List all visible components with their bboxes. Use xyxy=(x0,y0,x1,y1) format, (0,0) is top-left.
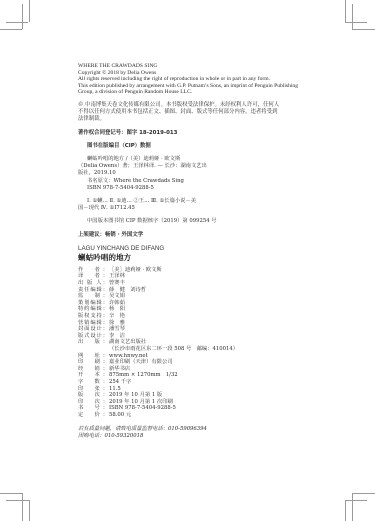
crop-mark-br-h2 xyxy=(345,500,367,501)
original-title: WHERE THE CRAWDADS SING xyxy=(78,63,333,70)
credit-row: （长沙市雨花区东二环一段 508 号 邮编：410014） xyxy=(78,346,238,353)
credit-row: 版权支持：辛 艳 xyxy=(78,313,238,320)
credit-row: 译 者：王泽林 xyxy=(78,273,238,280)
crop-mark-bl-h2 xyxy=(6,500,29,501)
cip-heading: 图书在版编目（CIP）数据 xyxy=(78,143,333,150)
crop-mark-tr-h2 xyxy=(352,29,375,30)
credit-row: 特约编辑：杨 阳 xyxy=(78,306,238,313)
credit-row: 监 制：吴文娟 xyxy=(78,293,238,300)
credits-table: 作 者：［美］迪莉娅 · 欧文斯 译 者：王泽林 出 版 人：曾赛丰 责任编辑：… xyxy=(78,267,238,419)
credit-row: 开 本：875mm × 1270mm 1/32 xyxy=(78,372,238,379)
pinyin-title: LAGU YINCHANG DE DIFANG xyxy=(78,245,333,253)
crop-mark-br-v xyxy=(352,493,353,521)
crop-mark-br-h xyxy=(352,493,375,494)
crop-mark-tl-h xyxy=(6,22,28,23)
credit-row: 版 次：2019 年 10 月第 1 版 xyxy=(78,392,238,399)
credit-row: 出 版 人：曾赛丰 xyxy=(78,280,238,287)
chinese-copyright-notice: © 中南博集天卷文化传媒有限公司。本书版权受法律保护。未经权利人许可，任何人 不… xyxy=(78,102,333,124)
crop-mark-tl-h2 xyxy=(0,29,22,30)
credit-row: 定 价：58.00 元 xyxy=(78,412,238,419)
edition-line-2: Group, a division of Penguin Random Hous… xyxy=(78,89,333,96)
copyright-page: WHERE THE CRAWDADS SING Copyright © 2018… xyxy=(78,63,333,440)
crop-mark-tr-v2 xyxy=(352,4,353,29)
credit-row: 印 刷：嘉业印刷（天津）有限公司 xyxy=(78,359,238,366)
group-purchase-phone: 团购电话：010-59320018 xyxy=(78,433,333,440)
crop-mark-br-v2 xyxy=(345,500,346,521)
crop-mark-bl-h xyxy=(0,493,22,494)
credit-row: 出 版：湖南文艺出版社 xyxy=(78,339,238,346)
crop-mark-bl-v xyxy=(22,493,23,521)
crop-mark-tr-v xyxy=(345,0,346,22)
crop-mark-bl-v2 xyxy=(29,500,30,521)
credit-row: 字 数：254 千字 xyxy=(78,379,238,386)
crop-mark-tl-v xyxy=(22,4,23,29)
cip-record-number: 中国版本图书馆 CIP 数据核字（2019）第 099254 号 xyxy=(78,218,333,225)
shelf-advice: 上架建议：畅销 · 外国文学 xyxy=(78,232,333,239)
chinese-title: 蝲蛄吟唱的地方 xyxy=(78,253,333,263)
credit-row: 封面设计：潘雪琴 xyxy=(78,326,238,333)
rights-line: All rights reserved including the right … xyxy=(78,76,333,83)
crop-mark-tl-v2 xyxy=(29,0,30,22)
crop-mark-tr-h xyxy=(345,22,367,23)
contract-registration: 著作权合同登记号：图字 18-2019-013 xyxy=(78,130,333,137)
english-copyright-block: WHERE THE CRAWDADS SING Copyright © 2018… xyxy=(78,63,333,96)
credit-row: 书 号：ISBN 978-7-5404-9288-5 xyxy=(78,405,238,412)
cip-data: 蝲蛄吟唱的地方 /（美）迪莉娅 · 欧文斯 （Delia Owens）著；王泽林… xyxy=(78,156,333,226)
